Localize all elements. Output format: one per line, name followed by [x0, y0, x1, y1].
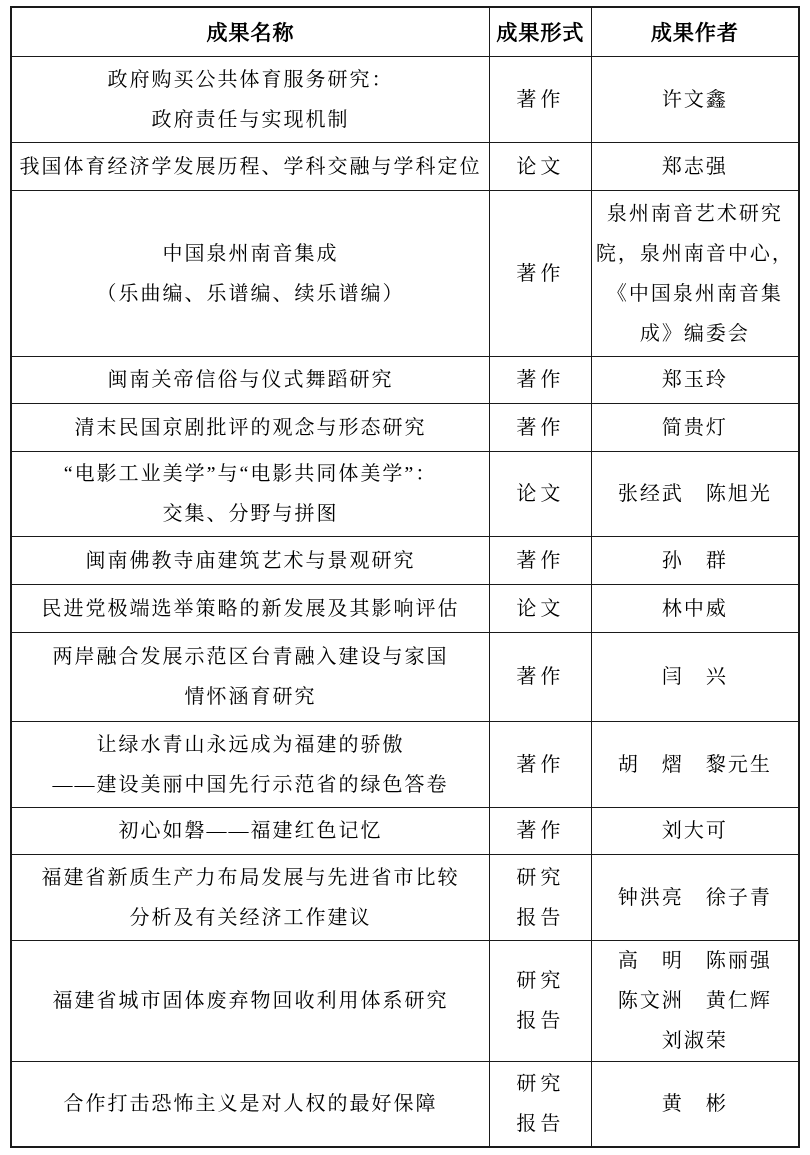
achievement-name-cell: 合作打击恐怖主义是对人权的最好保障 — [11, 1062, 490, 1147]
table-row: 闽南佛教寺庙建筑艺术与景观研究著作孙 群 — [11, 537, 799, 585]
cell-text-line: 研究 — [494, 858, 587, 898]
achievement-form-cell: 研究报告 — [490, 1062, 592, 1147]
cell-text-line: 刘大可 — [596, 811, 794, 851]
cell-text-line: 林中威 — [596, 589, 794, 629]
achievement-form-cell: 著作 — [490, 722, 592, 808]
achievement-author-cell: 张经武 陈旭光 — [591, 452, 799, 537]
achievement-author-cell: 泉州南音艺术研究院，泉州南音中心，《中国泉州南音集成》编委会 — [591, 191, 799, 357]
cell-text-line: （乐曲编、乐谱编、续乐谱编） — [16, 274, 485, 314]
cell-text-line: 报告 — [494, 898, 587, 938]
cell-text-line: “电影工业美学”与“电影共同体美学”： — [16, 454, 485, 494]
cell-text-line: 论文 — [494, 474, 587, 514]
achievement-author-cell: 郑玉玲 — [591, 357, 799, 404]
table-body: 政府购买公共体育服务研究：政府责任与实现机制著作许文鑫我国体育经济学发展历程、学… — [11, 57, 799, 1147]
cell-text-line: 著作 — [494, 360, 587, 400]
achievement-name-cell: 清末民国京剧批评的观念与形态研究 — [11, 404, 490, 452]
cell-text-line: 《中国泉州南音集 — [596, 274, 794, 314]
table-row: 初心如磐——福建红色记忆著作刘大可 — [11, 808, 799, 855]
achievement-author-cell: 刘大可 — [591, 808, 799, 855]
table-row: 政府购买公共体育服务研究：政府责任与实现机制著作许文鑫 — [11, 57, 799, 143]
achievement-name-cell: 让绿水青山永远成为福建的骄傲——建设美丽中国先行示范省的绿色答卷 — [11, 722, 490, 808]
cell-text-line: 闫 兴 — [596, 657, 794, 697]
achievement-author-cell: 林中威 — [591, 585, 799, 633]
table-row: 民进党极端选举策略的新发展及其影响评估论文林中威 — [11, 585, 799, 633]
achievement-name-cell: 中国泉州南音集成（乐曲编、乐谱编、续乐谱编） — [11, 191, 490, 357]
cell-text-line: 政府责任与实现机制 — [16, 100, 485, 140]
cell-text-line: 情怀涵育研究 — [16, 677, 485, 717]
cell-text-line: 成》编委会 — [596, 314, 794, 354]
cell-text-line: 钟洪亮 徐子青 — [596, 878, 794, 918]
cell-text-line: 著作 — [494, 80, 587, 120]
cell-text-line: 报告 — [494, 1001, 587, 1041]
achievement-name-cell: 福建省城市固体废弃物回收利用体系研究 — [11, 941, 490, 1062]
cell-text-line: 研究 — [494, 961, 587, 1001]
achievement-form-cell: 研究报告 — [490, 941, 592, 1062]
achievement-author-cell: 闫 兴 — [591, 633, 799, 722]
cell-text-line: 胡 熠 黎元生 — [596, 745, 794, 785]
cell-text-line: 孙 群 — [596, 541, 794, 581]
column-header-achievement-name: 成果名称 — [11, 7, 490, 57]
achievement-name-cell: 我国体育经济学发展历程、学科交融与学科定位 — [11, 143, 490, 191]
achievement-name-cell: 闽南关帝信俗与仪式舞蹈研究 — [11, 357, 490, 404]
achievement-author-cell: 黄 彬 — [591, 1062, 799, 1147]
table-header: 成果名称 成果形式 成果作者 — [11, 7, 799, 57]
cell-text-line: 福建省城市固体废弃物回收利用体系研究 — [16, 981, 485, 1021]
achievement-author-cell: 高 明 陈丽强陈文洲 黄仁辉刘淑荣 — [591, 941, 799, 1062]
achievement-form-cell: 著作 — [490, 808, 592, 855]
cell-text-line: 闽南佛教寺庙建筑艺术与景观研究 — [16, 541, 485, 581]
cell-text-line: 合作打击恐怖主义是对人权的最好保障 — [16, 1084, 485, 1124]
cell-text-line: 著作 — [494, 541, 587, 581]
cell-text-line: 报告 — [494, 1104, 587, 1144]
achievement-author-cell: 简贵灯 — [591, 404, 799, 452]
achievement-form-cell: 著作 — [490, 191, 592, 357]
achievement-author-cell: 胡 熠 黎元生 — [591, 722, 799, 808]
cell-text-line: 刘淑荣 — [596, 1021, 794, 1061]
cell-text-line: 著作 — [494, 811, 587, 851]
cell-text-line: 高 明 陈丽强 — [596, 941, 794, 981]
cell-text-line: 让绿水青山永远成为福建的骄傲 — [16, 725, 485, 765]
cell-text-line: 张经武 陈旭光 — [596, 474, 794, 514]
achievement-form-cell: 论文 — [490, 585, 592, 633]
cell-text-line: 初心如磐——福建红色记忆 — [16, 811, 485, 851]
achievement-form-cell: 著作 — [490, 57, 592, 143]
table-row: 合作打击恐怖主义是对人权的最好保障研究报告黄 彬 — [11, 1062, 799, 1147]
cell-text-line: ——建设美丽中国先行示范省的绿色答卷 — [16, 765, 485, 805]
table-row: 让绿水青山永远成为福建的骄傲——建设美丽中国先行示范省的绿色答卷著作胡 熠 黎元… — [11, 722, 799, 808]
cell-text-line: 著作 — [494, 254, 587, 294]
cell-text-line: 论文 — [494, 147, 587, 187]
table-row: 两岸融合发展示范区台青融入建设与家国情怀涵育研究著作闫 兴 — [11, 633, 799, 722]
column-header-achievement-form: 成果形式 — [490, 7, 592, 57]
achievements-table: 成果名称 成果形式 成果作者 政府购买公共体育服务研究：政府责任与实现机制著作许… — [10, 6, 800, 1148]
table-row: 闽南关帝信俗与仪式舞蹈研究著作郑玉玲 — [11, 357, 799, 404]
achievement-name-cell: 两岸融合发展示范区台青融入建设与家国情怀涵育研究 — [11, 633, 490, 722]
header-row: 成果名称 成果形式 成果作者 — [11, 7, 799, 57]
achievement-form-cell: 著作 — [490, 633, 592, 722]
cell-text-line: 我国体育经济学发展历程、学科交融与学科定位 — [16, 147, 485, 187]
cell-text-line: 两岸融合发展示范区台青融入建设与家国 — [16, 637, 485, 677]
cell-text-line: 许文鑫 — [596, 80, 794, 120]
cell-text-line: 论文 — [494, 589, 587, 629]
cell-text-line: 政府购买公共体育服务研究： — [16, 60, 485, 100]
achievement-author-cell: 许文鑫 — [591, 57, 799, 143]
achievement-form-cell: 著作 — [490, 537, 592, 585]
achievement-form-cell: 研究报告 — [490, 855, 592, 941]
cell-text-line: 中国泉州南音集成 — [16, 234, 485, 274]
cell-text-line: 交集、分野与拼图 — [16, 494, 485, 534]
achievement-form-cell: 著作 — [490, 357, 592, 404]
achievement-author-cell: 郑志强 — [591, 143, 799, 191]
cell-text-line: 院，泉州南音中心， — [596, 234, 794, 274]
achievement-author-cell: 钟洪亮 徐子青 — [591, 855, 799, 941]
cell-text-line: 著作 — [494, 657, 587, 697]
achievement-author-cell: 孙 群 — [591, 537, 799, 585]
cell-text-line: 福建省新质生产力布局发展与先进省市比较 — [16, 858, 485, 898]
cell-text-line: 泉州南音艺术研究 — [596, 194, 794, 234]
cell-text-line: 民进党极端选举策略的新发展及其影响评估 — [16, 589, 485, 629]
cell-text-line: 清末民国京剧批评的观念与形态研究 — [16, 408, 485, 448]
cell-text-line: 闽南关帝信俗与仪式舞蹈研究 — [16, 360, 485, 400]
achievement-form-cell: 论文 — [490, 452, 592, 537]
achievement-name-cell: “电影工业美学”与“电影共同体美学”：交集、分野与拼图 — [11, 452, 490, 537]
table-row: 我国体育经济学发展历程、学科交融与学科定位论文郑志强 — [11, 143, 799, 191]
column-header-achievement-author: 成果作者 — [591, 7, 799, 57]
cell-text-line: 郑志强 — [596, 147, 794, 187]
cell-text-line: 陈文洲 黄仁辉 — [596, 981, 794, 1021]
cell-text-line: 研究 — [494, 1064, 587, 1104]
cell-text-line: 简贵灯 — [596, 408, 794, 448]
achievement-form-cell: 著作 — [490, 404, 592, 452]
table-row: 福建省新质生产力布局发展与先进省市比较分析及有关经济工作建议研究报告钟洪亮 徐子… — [11, 855, 799, 941]
table-row: 清末民国京剧批评的观念与形态研究著作简贵灯 — [11, 404, 799, 452]
table-row: 中国泉州南音集成（乐曲编、乐谱编、续乐谱编）著作泉州南音艺术研究院，泉州南音中心… — [11, 191, 799, 357]
cell-text-line: 黄 彬 — [596, 1084, 794, 1124]
cell-text-line: 著作 — [494, 745, 587, 785]
cell-text-line: 分析及有关经济工作建议 — [16, 898, 485, 938]
achievement-form-cell: 论文 — [490, 143, 592, 191]
achievement-name-cell: 闽南佛教寺庙建筑艺术与景观研究 — [11, 537, 490, 585]
table-row: 福建省城市固体废弃物回收利用体系研究研究报告高 明 陈丽强陈文洲 黄仁辉刘淑荣 — [11, 941, 799, 1062]
achievement-name-cell: 福建省新质生产力布局发展与先进省市比较分析及有关经济工作建议 — [11, 855, 490, 941]
cell-text-line: 著作 — [494, 408, 587, 448]
table-row: “电影工业美学”与“电影共同体美学”：交集、分野与拼图论文张经武 陈旭光 — [11, 452, 799, 537]
achievement-name-cell: 民进党极端选举策略的新发展及其影响评估 — [11, 585, 490, 633]
achievement-name-cell: 政府购买公共体育服务研究：政府责任与实现机制 — [11, 57, 490, 143]
achievement-name-cell: 初心如磐——福建红色记忆 — [11, 808, 490, 855]
cell-text-line: 郑玉玲 — [596, 360, 794, 400]
